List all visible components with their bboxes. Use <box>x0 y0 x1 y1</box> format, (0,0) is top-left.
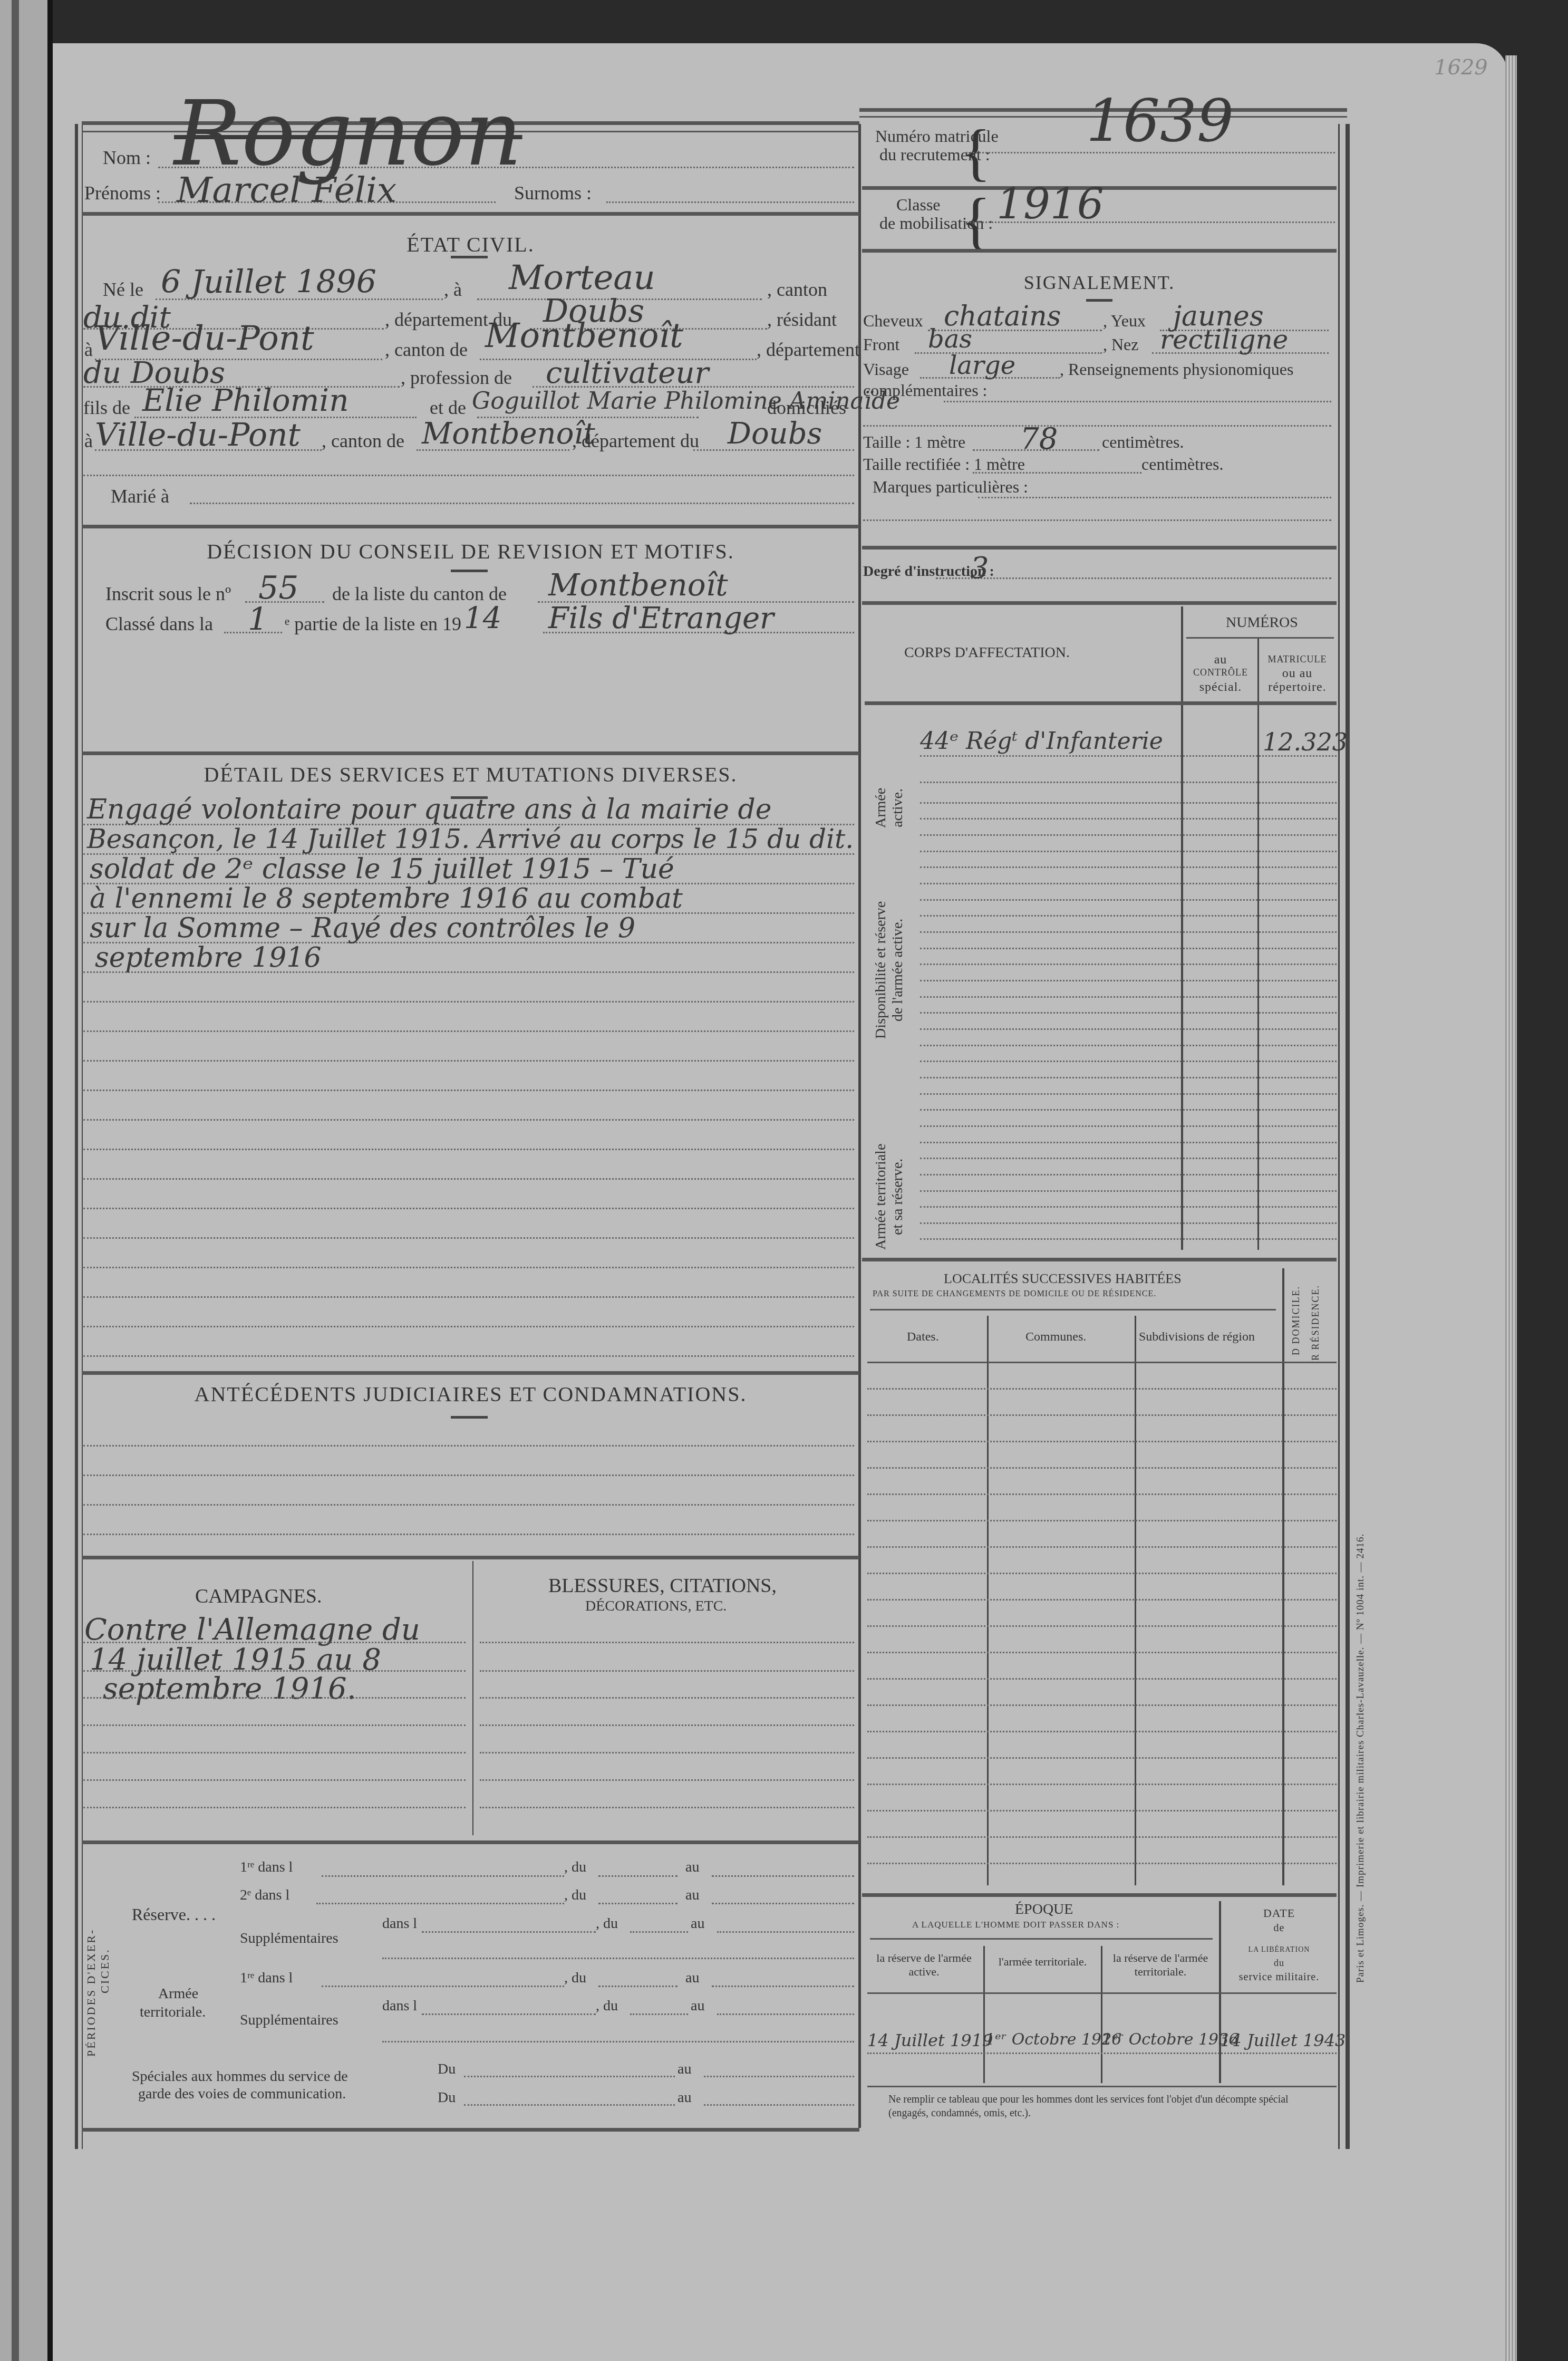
liste-value[interactable]: Montbenoît <box>548 567 728 603</box>
blessures-rule <box>480 1670 854 1672</box>
corps-row-rule <box>920 1109 1337 1111</box>
right-frame-rule-thick <box>1346 124 1350 2149</box>
territoriale-1re-au-line <box>712 1986 854 1987</box>
title-dash <box>451 1416 488 1419</box>
services-line-5[interactable]: sur la Somme – Rayé des contrôles le 9 <box>90 912 635 944</box>
col-d-domicile: D DOMICILE. <box>1291 1286 1302 1355</box>
antecedents-rule <box>83 1475 854 1476</box>
complementaires-label: complémentaires : <box>863 381 987 400</box>
corps-row-rule <box>920 851 1337 852</box>
services-rule <box>83 1030 854 1032</box>
territoriale-1re-line <box>322 1986 564 1987</box>
residant-canton-label: , canton de <box>385 339 468 361</box>
motif-value[interactable]: Fils d'Etranger <box>548 601 774 635</box>
corps-row-rule <box>920 1077 1337 1078</box>
epoque-value-line <box>867 2052 1337 2054</box>
surnoms-field-line <box>606 201 854 203</box>
campagnes-blessures-divider <box>472 1561 473 1835</box>
localites-brace-rule <box>870 1309 1276 1310</box>
services-rule <box>83 1149 854 1150</box>
header-bottom-rule <box>82 212 859 216</box>
reserve-2e-au: au <box>685 1887 699 1904</box>
prenoms-label: Prénoms : <box>84 182 161 204</box>
renseignements-label: , Renseignements physionomiques <box>1060 360 1294 379</box>
reserve-1re-au-line <box>712 1875 854 1877</box>
periodes-side-label: PÉRIODES D'EXER- CICES. <box>84 1929 112 2057</box>
localites-row-rule <box>867 1520 1337 1521</box>
speciales-au-1: au <box>677 2061 691 2078</box>
localites-row-rule <box>867 1625 1337 1627</box>
epoque-title: ÉPOQUE <box>1015 1901 1073 1918</box>
reserve-supp-du: , du <box>596 1915 618 1932</box>
services-rule <box>83 1001 854 1003</box>
reserve-1re-line <box>322 1875 564 1877</box>
blessures-rule <box>480 1779 854 1781</box>
taille-label: Taille : 1 mètre <box>863 432 965 452</box>
numeros-header: NUMÉROS <box>1226 614 1298 631</box>
lieu-naissance-label: , à <box>444 278 462 301</box>
residant-value[interactable]: Ville-du-Pont <box>95 319 314 358</box>
etat-civil-title: ÉTAT CIVIL. <box>82 232 859 257</box>
residant-departement-label: , département <box>757 339 860 361</box>
complementaires-line-2 <box>863 425 1331 427</box>
cheveux-label: Cheveux <box>863 311 923 331</box>
matricule-header-2: ou au <box>1259 667 1335 681</box>
blessures-subtitle: DÉCORATIONS, ETC. <box>585 1598 727 1615</box>
numero-value[interactable]: 1639 <box>1086 87 1234 155</box>
group-territoriale: Armée territoriale et sa réserve. <box>873 1144 906 1250</box>
corps-row-rule <box>920 915 1337 917</box>
residant-label: , résidant <box>767 309 837 331</box>
blessures-rule <box>480 1752 854 1753</box>
epoque-val-liberation[interactable]: 14 Juillet 1943 <box>1220 2030 1346 2050</box>
right-frame-rule <box>1338 124 1340 2149</box>
territoriale-1re-du: , du <box>564 1970 586 1987</box>
localites-row-rule <box>867 1414 1337 1416</box>
territoriale-1re-au: au <box>685 1970 699 1987</box>
services-line-4[interactable]: à l'ennemi le 8 septembre 1916 au combat <box>90 883 683 914</box>
canton-label: , canton <box>767 278 827 301</box>
corps-bottom-rule <box>862 1258 1337 1261</box>
nez-label: , Nez <box>1103 335 1139 354</box>
title-dash <box>451 570 488 572</box>
speciales-au-2: au <box>677 2089 691 2106</box>
services-bottom-rule <box>82 1371 859 1375</box>
printer-imprint: Paris et Limoges. — Imprimerie et librai… <box>1355 1534 1367 1983</box>
corps-row-rule <box>920 899 1337 901</box>
parents-a-label: à <box>84 430 93 452</box>
marques-line-2 <box>863 519 1331 521</box>
matricule-header-3: répertoire. <box>1259 680 1335 695</box>
marques-line <box>978 497 1331 498</box>
controle-header-3: spécial. <box>1184 680 1257 695</box>
localites-row-rule <box>867 1573 1337 1574</box>
territoriale-label-2: territoriale. <box>140 2004 206 2021</box>
corps-entry-1-matricule[interactable]: 12.323 <box>1263 728 1348 756</box>
reserve-2e-au-line <box>712 1903 854 1904</box>
residant-canton-value[interactable]: Montbenoît <box>485 316 683 355</box>
speciales-label-1: Spéciales aux hommes du service de <box>132 2068 348 2085</box>
services-rule <box>83 1119 854 1121</box>
blessures-title: BLESSURES, CITATIONS, <box>548 1574 777 1597</box>
campagnes-rule <box>83 1697 466 1699</box>
localites-col-divider-1 <box>987 1316 989 1885</box>
col-subdivisions: Subdivisions de région <box>1139 1330 1255 1344</box>
services-rule <box>83 1178 854 1180</box>
periodes-side-label-2: CICES. <box>98 1948 111 2057</box>
reserve-supp-line <box>422 1931 596 1933</box>
group-territoriale-2: et sa réserve. <box>889 1144 906 1250</box>
inscrit-label: Inscrit sous le nº <box>105 583 231 605</box>
group-disponibilite-2: de l'armée active. <box>889 901 906 1039</box>
ne-le-label: Né le <box>103 278 143 301</box>
speciales-du-1-line <box>464 2076 675 2077</box>
localites-header-rule <box>867 1362 1337 1363</box>
controle-header-1: au <box>1184 653 1257 667</box>
et-de-label: et de <box>430 397 466 419</box>
instruction-line <box>936 577 1331 579</box>
corps-row-rule <box>920 1061 1337 1062</box>
marie-label: Marié à <box>111 485 169 507</box>
services-line-6[interactable]: septembre 1916 <box>95 942 322 974</box>
localites-row-rule <box>867 1731 1337 1732</box>
liberation-header-2: de <box>1221 1922 1337 1934</box>
speciales-au-2-line <box>704 2104 854 2106</box>
col-r-residence: R RÉSIDENCE. <box>1310 1285 1321 1361</box>
localites-row-rule <box>867 1810 1337 1811</box>
localites-col-divider-2 <box>1135 1316 1136 1885</box>
corps-row-rule <box>920 1028 1337 1030</box>
reserve-supp-au-line <box>717 1931 854 1933</box>
blessures-rule <box>480 1697 854 1699</box>
classe-dans-value[interactable]: 1 <box>248 601 268 638</box>
corps-row-rule <box>920 1222 1337 1224</box>
blessures-rule <box>480 1642 854 1643</box>
corps-row-rule <box>920 782 1337 783</box>
col-communes: Communes. <box>1025 1330 1086 1344</box>
title-dash <box>451 256 488 258</box>
visage-value[interactable]: large <box>949 351 1015 380</box>
group-disponibilite: Disponibilité et réserve de l'armée acti… <box>873 901 906 1039</box>
epoque-col-reserve-active: la réserve de l'armée active. <box>867 1951 981 1979</box>
localites-row-rule <box>867 1388 1337 1390</box>
localites-row-rule <box>867 1599 1337 1601</box>
territoriale-supp-du: , du <box>596 1998 618 2015</box>
group-armee-active-2: active. <box>889 788 906 828</box>
localites-row-rule <box>867 1678 1337 1680</box>
corps-row-rule <box>920 834 1337 836</box>
ne-le-value[interactable]: 6 Juillet 1896 <box>161 264 376 301</box>
classe-bottom-rule <box>862 249 1337 253</box>
domicilies-label: domiciliés <box>767 397 846 419</box>
localites-row-rule <box>867 1704 1337 1706</box>
services-rule <box>83 1296 854 1298</box>
taille-unit: centimètres. <box>1102 432 1184 452</box>
parents-departement-label: , département du <box>572 430 699 452</box>
col-dates: Dates. <box>907 1330 939 1344</box>
corps-row-rule <box>920 963 1337 965</box>
epoque-subtitle: A LAQUELLE L'HOMME DOIT PASSER DANS : <box>912 1920 1119 1930</box>
localites-row-rule <box>867 1546 1337 1548</box>
corps-row-rule <box>920 931 1337 933</box>
services-line-3[interactable]: soldat de 2ᵉ classe le 15 juillet 1915 –… <box>90 853 674 885</box>
parents-canton-value[interactable]: Montbenoît <box>422 417 595 451</box>
adjacent-page <box>0 0 53 2361</box>
front-label: Front <box>863 335 899 354</box>
partie-annee-value[interactable]: 14 <box>464 601 501 635</box>
corps-row-rule <box>920 1190 1337 1192</box>
corps-row-rule <box>920 866 1337 868</box>
classe-value[interactable]: 1916 <box>996 179 1104 228</box>
group-armee-active-1: Armée <box>873 788 889 828</box>
campagnes-rule <box>83 1752 466 1753</box>
territoriale-supp-au: au <box>691 1998 704 2015</box>
services-rule <box>83 1060 854 1062</box>
adjacent-page-rule <box>12 0 19 2361</box>
epoque-val-territoriale[interactable]: 1ᵉʳ Octobre 1926 <box>985 2030 1121 2049</box>
signalement-title: SIGNALEMENT. <box>862 272 1337 294</box>
page-stack-edge <box>1505 55 1517 2361</box>
localites-title: LOCALITÉS SUCCESSIVES HABITÉES <box>944 1271 1182 1287</box>
matricule-header-1: MATRICULE <box>1259 654 1335 665</box>
corps-row-rule <box>920 1206 1337 1208</box>
numeros-brace-rule <box>1186 637 1334 639</box>
speciales-du-2: Du <box>438 2089 456 2106</box>
parents-departement-value[interactable]: Doubs <box>728 417 822 451</box>
reserve-supp-label: Supplémentaires <box>240 1930 338 1947</box>
services-rule <box>83 1090 854 1091</box>
periodes-side-label-1: PÉRIODES D'EXER- <box>84 1929 98 2057</box>
territoriale-supp-line <box>422 2013 596 2015</box>
epoque-col-reserve-territoriale: la réserve de l'armée territoriale. <box>1103 1951 1218 1979</box>
speciales-du-2-line <box>464 2104 675 2106</box>
epoque-header-rule <box>867 1992 1337 1994</box>
blank-line <box>83 475 854 476</box>
reserve-2e-du-line <box>598 1903 677 1904</box>
localites-row-rule <box>867 1784 1337 1785</box>
reserve-2e-du: , du <box>564 1887 586 1904</box>
etat-civil-bottom-rule <box>82 525 859 528</box>
localites-row-rule <box>867 1652 1337 1653</box>
liberation-header-1: DATE <box>1221 1906 1337 1920</box>
services-title: DÉTAIL DES SERVICES ET MUTATIONS DIVERSE… <box>82 762 859 787</box>
group-disponibilite-1: Disponibilité et réserve <box>873 901 889 1039</box>
decision-title: DÉCISION DU CONSEIL DE REVISION ET MOTIF… <box>82 539 859 564</box>
territoriale-supp-dans: dans l <box>382 1998 417 2015</box>
blessures-rule <box>480 1724 854 1726</box>
antecedents-rule <box>83 1445 854 1447</box>
reserve-1re-au: au <box>685 1859 699 1876</box>
services-line-2[interactable]: Besançon, le 14 Juillet 1915. Arrivé au … <box>87 824 854 854</box>
corps-entry-1[interactable]: 44ᵉ Régᵗ d'Infanterie <box>920 728 1163 755</box>
corps-row-rule <box>920 1142 1337 1143</box>
book-gutter <box>47 0 53 2361</box>
epoque-col-territoriale: l'armée territoriale. <box>986 1954 1099 1970</box>
prenoms-value[interactable]: Marcel Félix <box>177 170 396 210</box>
corps-row-rule <box>920 1045 1337 1046</box>
services-rule <box>83 1267 854 1268</box>
reserve-label: Réserve. . . . <box>132 1905 216 1924</box>
corps-header: CORPS D'AFFECTATION. <box>904 644 1070 661</box>
corps-row-rule <box>920 1093 1337 1095</box>
localites-subtitle: PAR SUITE DE CHANGEMENTS DE DOMICILE OU … <box>873 1289 1156 1299</box>
signalement-bottom-rule <box>862 546 1337 550</box>
territoriale-label-1: Armée <box>158 1986 198 2002</box>
surnoms-label: Surnoms : <box>514 182 592 204</box>
corps-row-rule <box>920 883 1337 884</box>
antecedents-title: ANTÉCÉDENTS JUDICIAIRES ET CONDAMNATIONS… <box>82 1382 859 1406</box>
localites-row-rule <box>867 1863 1337 1864</box>
epoque-bottom-rule <box>867 2086 1337 2087</box>
taille-rectifiee-label: Taille rectifiée : 1 mètre <box>863 455 1025 474</box>
taille-rectifiee-unit: centimètres. <box>1141 455 1223 474</box>
localites-row-rule <box>867 1441 1337 1442</box>
reserve-1re-label: 1ʳᵉ dans l <box>240 1859 293 1876</box>
taille-rectifiee-line <box>973 472 1141 474</box>
yeux-label: , Yeux <box>1103 311 1146 331</box>
campagnes-rule <box>83 1779 466 1781</box>
corps-row-rule <box>920 1238 1337 1240</box>
corps-row-rule <box>920 1125 1337 1127</box>
blessures-rule <box>480 1807 854 1808</box>
services-rule <box>83 1326 854 1327</box>
instruction-value[interactable]: 3 <box>970 551 989 585</box>
reserve-1re-du-line <box>598 1875 677 1877</box>
services-rule <box>83 1355 854 1357</box>
epoque-brace-rule <box>870 1938 1213 1940</box>
epoque-col-divider-1 <box>983 1946 985 2083</box>
reserve-1re-du: , du <box>564 1859 586 1876</box>
campagnes-rule <box>83 1724 466 1726</box>
reserve-2e-label: 2ᵉ dans l <box>240 1887 289 1904</box>
profession-label: , profession de <box>401 367 512 389</box>
liberation-header-3: LA LIBÉRATION <box>1221 1946 1337 1954</box>
epoque-note: Ne remplir ce tableau que pour les homme… <box>888 2093 1326 2120</box>
visage-label: Visage <box>863 360 909 379</box>
campagnes-rule <box>83 1670 466 1672</box>
epoque-val-reserve-territoriale[interactable]: 1ᵉʳ Octobre 1936 <box>1102 2030 1238 2049</box>
profession-value[interactable]: cultivateur <box>546 356 709 390</box>
antecedents-rule <box>83 1504 854 1506</box>
reserve-2e-line <box>316 1903 564 1904</box>
localites-row-rule <box>867 1467 1337 1469</box>
column-divider <box>858 124 861 2128</box>
territoriale-1re-du-line <box>598 1986 677 1987</box>
left-frame-rule <box>75 124 78 2149</box>
corps-header-bottom-rule <box>865 701 1337 705</box>
taille-value[interactable]: 78 <box>1020 422 1058 456</box>
liberation-header-4: du <box>1221 1958 1337 1969</box>
campagnes-rule <box>83 1642 466 1643</box>
localites-row-rule <box>867 1836 1337 1838</box>
corner-folio-number: 1629 <box>1434 55 1488 80</box>
classe-label-1: Classe <box>896 195 941 215</box>
nom-label: Nom : <box>103 147 151 169</box>
lieu-naissance-value[interactable]: Morteau <box>509 258 655 297</box>
parents-canton-label: , canton de <box>322 430 404 452</box>
controle-header-2: CONTRÔLE <box>1184 667 1257 678</box>
reserve-supp-au: au <box>691 1915 704 1932</box>
marie-line <box>190 503 854 504</box>
classe-dans-label: Classé dans la <box>105 613 213 635</box>
campagnes-line-3[interactable]: septembre 1916. <box>103 1672 356 1706</box>
corps-row-rule <box>920 996 1337 998</box>
epoque-col-divider-2 <box>1101 1946 1102 2083</box>
localites-bottom-rule <box>862 1893 1337 1897</box>
campagnes-title: CAMPAGNES. <box>195 1585 322 1608</box>
territoriale-supp-du-line <box>630 2013 688 2015</box>
bottom-rule-left <box>82 2128 859 2132</box>
reserve-supp-dans: dans l <box>382 1915 417 1932</box>
group-armee-active: Armée active. <box>873 788 906 828</box>
campagnes-bottom-rule <box>82 1840 859 1844</box>
liberation-header-5: service militaire. <box>1221 1971 1337 1983</box>
pere-value[interactable]: Elie Philomin <box>142 382 349 418</box>
localites-row-rule <box>867 1757 1337 1759</box>
localites-row-rule <box>867 1493 1337 1495</box>
services-rule <box>83 1237 854 1239</box>
localites-dr-divider <box>1282 1268 1284 1885</box>
territoriale-supp-line-2 <box>382 2041 854 2042</box>
territoriale-1re-label: 1ʳᵉ dans l <box>240 1970 293 1987</box>
territoriale-supp-au-line <box>717 2013 854 2015</box>
brace: { <box>961 185 991 257</box>
corps-row-rule <box>920 1158 1337 1159</box>
corps-row-rule <box>920 948 1337 949</box>
title-dash <box>1086 299 1112 302</box>
speciales-label-2: garde des voies de communication. <box>138 2086 346 2103</box>
corps-row-rule <box>920 1012 1337 1014</box>
territoriale-supp-label: Supplémentaires <box>240 2012 338 2029</box>
speciales-au-1-line <box>704 2076 854 2077</box>
front-value[interactable]: bas <box>928 324 972 354</box>
nez-value[interactable]: rectiligne <box>1160 324 1288 355</box>
services-line-1[interactable]: Engagé volontaire pour quatre ans à la m… <box>87 794 772 825</box>
corps-row-rule <box>920 802 1337 804</box>
complementaires-line <box>944 401 1331 402</box>
parents-commune-value[interactable]: Ville-du-Pont <box>95 417 301 454</box>
reserve-supp-du-line <box>630 1931 688 1933</box>
decision-bottom-rule <box>82 751 859 755</box>
fils-de-label: fils de <box>83 397 130 419</box>
corps-row-rule <box>920 1174 1337 1175</box>
corps-row-rule <box>920 980 1337 981</box>
reserve-supp-line-2 <box>382 1958 854 1959</box>
campagnes-rule <box>83 1807 466 1808</box>
left-frame-rule-inner <box>82 124 83 2149</box>
group-territoriale-1: Armée territoriale <box>873 1144 889 1250</box>
speciales-du-1: Du <box>438 2061 456 2078</box>
instruction-bottom-rule <box>862 601 1337 605</box>
antecedents-rule <box>83 1534 854 1535</box>
corps-row-rule <box>920 818 1337 820</box>
antecedents-bottom-rule <box>82 1556 859 1559</box>
services-rule <box>83 1208 854 1209</box>
epoque-val-reserve-active[interactable]: 14 Juillet 1919 <box>867 2030 993 2050</box>
partie-label: ᵉ partie de la liste en 19 <box>285 613 461 635</box>
marques-label: Marques particulières : <box>873 477 1028 497</box>
